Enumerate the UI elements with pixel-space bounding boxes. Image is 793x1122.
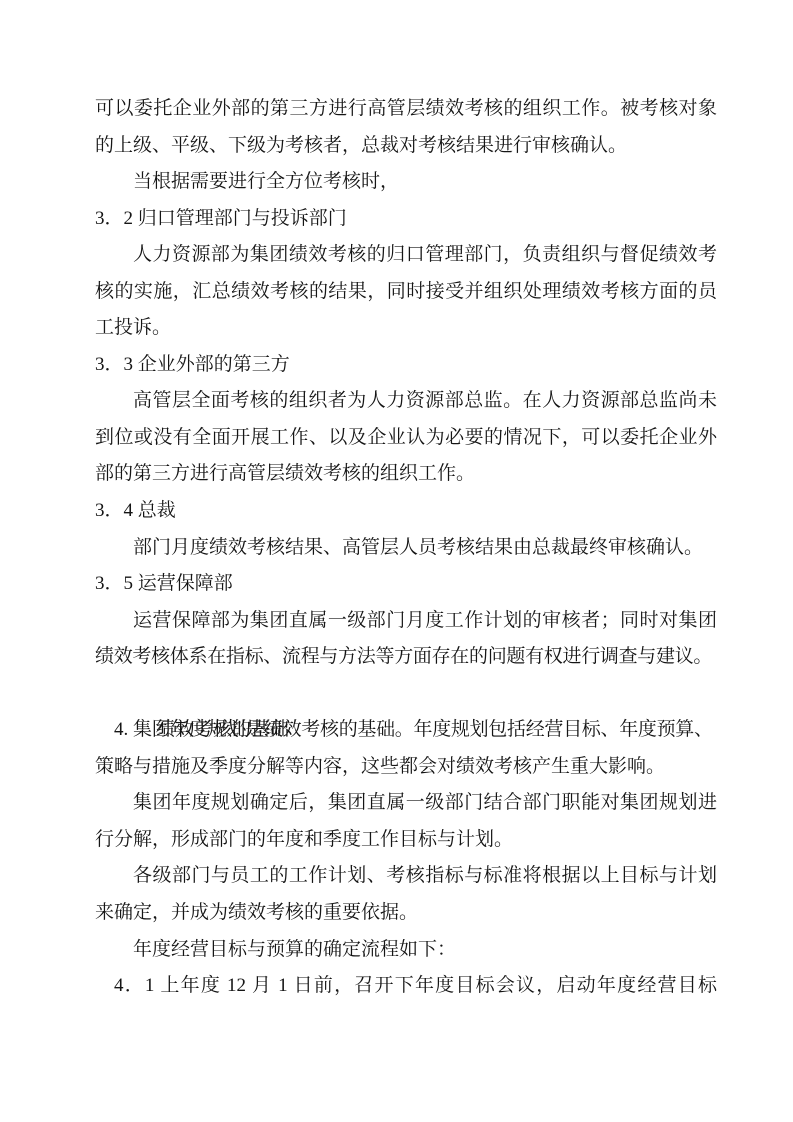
text-line: 人力资源部为集团绩效考核的归口管理部门，负责组织与督促绩效考 [95,237,717,274]
text-line: 高管层全面考核的组织者为人力资源部总监。在人力资源部总监尚未 [95,383,717,420]
section-heading: 3．4 总裁 [95,493,717,530]
text-line: 集团年度规划是绩效考核的基础。年度规划包括经营目标、年度预算、 [95,712,717,749]
text-line: 4．1 上年度 12 月 1 日前，召开下年度目标会议，启动年度经营目标 [95,968,717,1005]
text-line: 可以委托企业外部的第三方进行高管层绩效考核的组织工作。被考核对象 [95,91,717,128]
text-line: 集团年度规划确定后，集团直属一级部门结合部门职能对集团规划进 [95,785,717,822]
section-heading: 4.绩效考核的基础 [95,676,717,713]
section-heading: 3．3 企业外部的第三方 [95,347,717,384]
document-page: 可以委托企业外部的第三方进行高管层绩效考核的组织工作。被考核对象 的上级、平级、… [95,91,717,1005]
text-line: 行分解，形成部门的年度和季度工作目标与计划。 [95,822,717,859]
text-line: 运营保障部为集团直属一级部门月度工作计划的审核者；同时对集团 [95,603,717,640]
section-heading: 3．5 运营保障部 [95,566,717,603]
text-line: 来确定，并成为绩效考核的重要依据。 [95,895,717,932]
text-line: 部的第三方进行高管层绩效考核的组织工作。 [95,456,717,493]
text-line: 当根据需要进行全方位考核时， [95,164,717,201]
text-line: 绩效考核体系在指标、流程与方法等方面存在的问题有权进行调查与建议。 [95,639,717,676]
text-line: 核的实施，汇总绩效考核的结果，同时接受并组织处理绩效考核方面的员 [95,274,717,311]
text-line: 工投诉。 [95,310,717,347]
section-heading: 3．2 归口管理部门与投诉部门 [95,201,717,238]
text-line: 年度经营目标与预算的确定流程如下： [95,932,717,969]
text-line: 的上级、平级、下级为考核者，总裁对考核结果进行审核确认。 [95,128,717,165]
text-line: 部门月度绩效考核结果、高管层人员考核结果由总裁最终审核确认。 [95,530,717,567]
text-line: 各级部门与员工的工作计划、考核指标与标准将根据以上目标与计划 [95,858,717,895]
text-line: 策略与措施及季度分解等内容，这些都会对绩效考核产生重大影响。 [95,749,717,786]
text-line: 到位或没有全面开展工作、以及企业认为必要的情况下，可以委托企业外 [95,420,717,457]
